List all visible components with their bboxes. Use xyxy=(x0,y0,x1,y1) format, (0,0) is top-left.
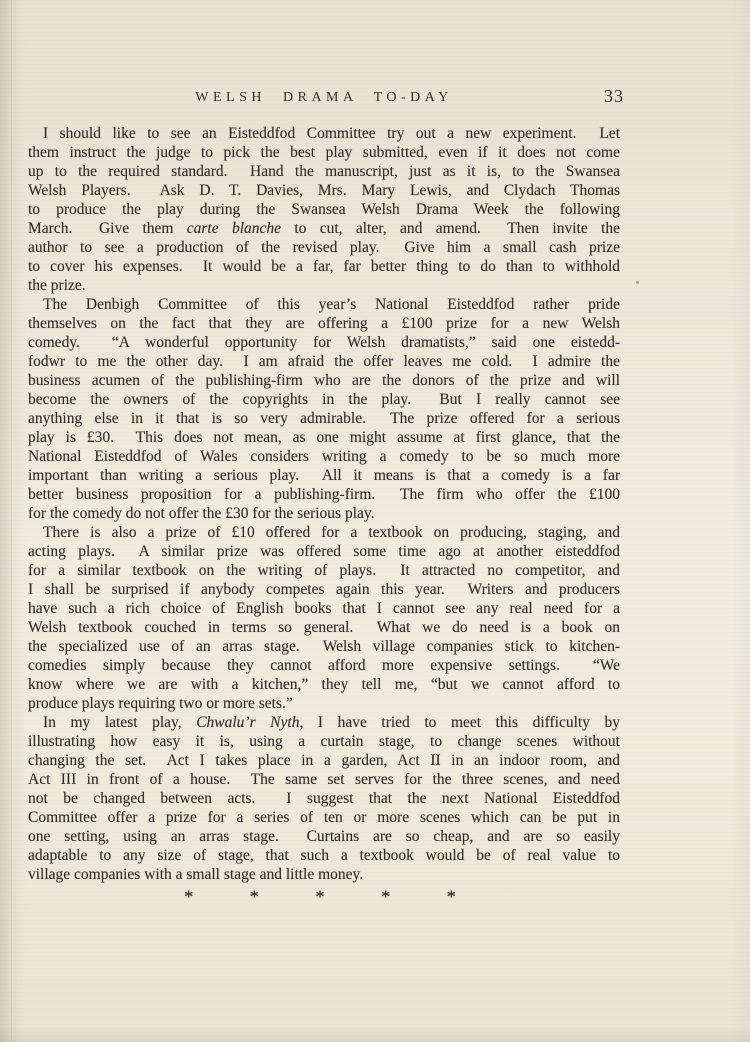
text-line: important than writing a serious play. A… xyxy=(28,466,620,485)
paper-speck xyxy=(636,281,639,284)
text-line: illustrating how easy it is, using a cur… xyxy=(28,732,620,751)
text-line: The Denbigh Committee of this year’s Nat… xyxy=(28,295,620,314)
text-line: acting plays. A similar prize was offere… xyxy=(28,542,620,561)
text-line: comedies simply because they cannot affo… xyxy=(28,656,620,675)
asterisk-glyph: * xyxy=(250,888,260,907)
text-line: Act III in front of a house. The same se… xyxy=(28,770,620,789)
page-binding-shadow xyxy=(0,0,26,1042)
asterisk-glyph: * xyxy=(447,888,457,907)
asterisk-glyph: * xyxy=(315,888,325,907)
text-line: Committee offer a prize for a series of … xyxy=(28,808,620,827)
text-line: author to see a production of the revise… xyxy=(28,238,620,257)
text-line: business acumen of the publishing-firm w… xyxy=(28,371,620,390)
text-line: comedy. “A wonderful opportunity for Wel… xyxy=(28,333,620,352)
text-line: to produce the play during the Swansea W… xyxy=(28,200,620,219)
asterisk-glyph: * xyxy=(184,888,194,907)
text-line: village companies with a small stage and… xyxy=(28,865,620,884)
text-line: for a similar textbook on the writing of… xyxy=(28,561,620,580)
text-line: one setting, using an arras stage. Curta… xyxy=(28,827,620,846)
text-line: produce plays requiring two or more sets… xyxy=(28,694,620,713)
text-line: better business proposition for a publis… xyxy=(28,485,620,504)
paragraph: In my latest play, Chwalu’r Nyth, I have… xyxy=(28,713,620,884)
text-line: National Eisteddfod of Wales considers w… xyxy=(28,447,620,466)
text-line: up to the required standard. Hand the ma… xyxy=(28,162,620,181)
text-line: March. Give them carte blanche to cut, a… xyxy=(28,219,620,238)
page-right-shadow xyxy=(732,0,750,1042)
text-line: I should like to see an Eisteddfod Commi… xyxy=(28,124,620,143)
text-line: become the owners of the copyrights in t… xyxy=(28,390,620,409)
text-line: I shall be surprised if anybody competes… xyxy=(28,580,620,599)
paragraph: There is also a prize of £10 offered for… xyxy=(28,523,620,713)
text-line: have such a rich choice of English books… xyxy=(28,599,620,618)
text-line: for the comedy do not offer the £30 for … xyxy=(28,504,620,523)
paragraph: I should like to see an Eisteddfod Commi… xyxy=(28,124,620,295)
text-line: the specialized use of an arras stage. W… xyxy=(28,637,620,656)
separator-row: ***** xyxy=(184,888,456,907)
text-line: Welsh textbook couched in terms so gener… xyxy=(28,618,620,637)
text-line: In my latest play, Chwalu’r Nyth, I have… xyxy=(28,713,620,732)
page-binding-crease xyxy=(11,0,12,1042)
text-line: know where we are with a kitchen,” they … xyxy=(28,675,620,694)
text-line: fodwr to me the other day. I am afraid t… xyxy=(28,352,620,371)
book-page: WELSH DRAMA TO-DAY 33 I should like to s… xyxy=(0,0,750,1042)
text-line: play is £30. This does not mean, as one … xyxy=(28,428,620,447)
page-number: 33 xyxy=(604,86,624,107)
text-line: the prize. xyxy=(28,276,620,295)
text-line: them instruct the judge to pick the best… xyxy=(28,143,620,162)
text-line: to cover his expenses. It would be a far… xyxy=(28,257,620,276)
page-title: WELSH DRAMA TO-DAY xyxy=(28,90,620,106)
text-line: changing the set. Act I takes place in a… xyxy=(28,751,620,770)
page-body: I should like to see an Eisteddfod Commi… xyxy=(28,124,620,884)
text-line: adaptable to any size of stage, that suc… xyxy=(28,846,620,865)
asterisk-glyph: * xyxy=(381,888,391,907)
text-line: Welsh Players. Ask D. T. Davies, Mrs. Ma… xyxy=(28,181,620,200)
text-line: There is also a prize of £10 offered for… xyxy=(28,523,620,542)
running-header: WELSH DRAMA TO-DAY 33 xyxy=(28,88,620,110)
text-line: themselves on the fact that they are off… xyxy=(28,314,620,333)
page-bottom-shadow xyxy=(0,1028,750,1042)
paragraph: The Denbigh Committee of this year’s Nat… xyxy=(28,295,620,523)
text-line: not be changed between acts. I suggest t… xyxy=(28,789,620,808)
text-line: anything else in it that is so very admi… xyxy=(28,409,620,428)
